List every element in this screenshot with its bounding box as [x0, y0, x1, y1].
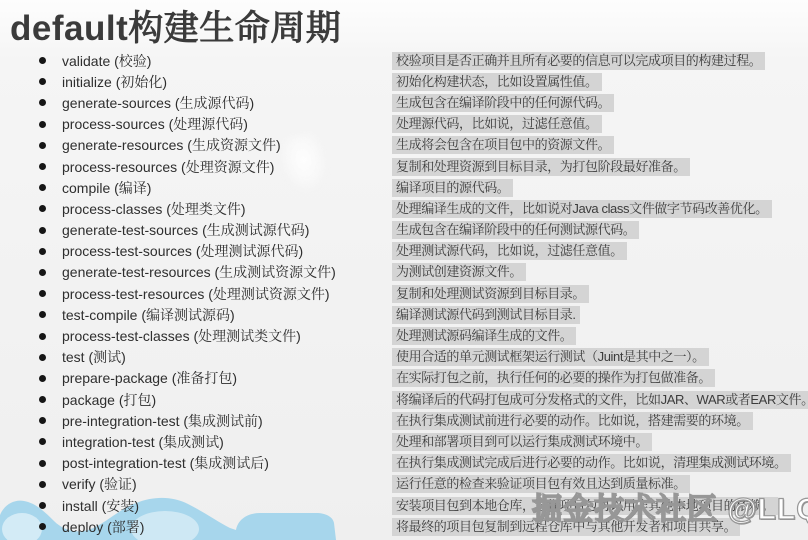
bullet-icon [39, 78, 46, 85]
phase-label: compile (编译) [62, 178, 151, 198]
phase-description: 处理编译生成的文件，比如说对Java class文件做字节码改善优化。 [392, 200, 772, 218]
phase-description: 校验项目是否正确并且所有必要的信息可以完成项目的构建过程。 [392, 52, 765, 70]
bullet-icon [39, 502, 46, 509]
page-title: default构建生命周期 [10, 1, 341, 51]
phase-row: generate-sources (生成源代码) 生成包含在编译阶段中的任何源代… [0, 92, 808, 113]
description-cell: 处理测试源代码，比如说，过滤任意值。 [392, 242, 808, 260]
description-cell: 生成将会包含在项目包中的资源文件。 [392, 136, 808, 154]
bullet-icon [39, 375, 46, 382]
phase-label: process-resources (处理资源文件) [62, 157, 274, 177]
phase-cell: process-sources (处理源代码) [0, 114, 392, 134]
phase-cell: pre-integration-test (集成测试前) [0, 411, 392, 431]
phase-description: 在执行集成测试完成后进行必要的动作。比如说，清理集成测试环境。 [392, 454, 791, 472]
phase-row: test-compile (编译测试源码) 编译测试源代码到测试目标目录. [0, 304, 808, 325]
phase-row: process-test-classes (处理测试类文件) 处理测试源码编译生… [0, 325, 808, 346]
phase-cell: generate-test-resources (生成测试资源文件) [0, 262, 392, 282]
description-cell: 处理和部署项目到可以运行集成测试环境中。 [392, 433, 808, 451]
description-cell: 编译测试源代码到测试目标目录. [392, 306, 808, 324]
phase-label: deploy (部署) [62, 517, 144, 537]
phase-description: 处理测试源码编译生成的文件。 [392, 327, 576, 345]
phase-description: 编译测试源代码到测试目标目录. [392, 306, 580, 324]
bullet-icon [39, 290, 46, 297]
phase-label: process-sources (处理源代码) [62, 114, 248, 134]
bullet-icon [39, 121, 46, 128]
phase-row: pre-integration-test (集成测试前) 在执行集成测试前进行必… [0, 410, 808, 431]
phase-label: pre-integration-test (集成测试前) [62, 411, 263, 431]
phase-row: package (打包) 将编译后的代码打包成可分发格式的文件，比如JAR、WA… [0, 389, 808, 410]
phase-cell: deploy (部署) [0, 517, 392, 537]
phase-description: 在执行集成测试前进行必要的动作。比如说，搭建需要的环境。 [392, 412, 753, 430]
description-cell: 处理源代码，比如说，过滤任意值。 [392, 115, 808, 133]
bullet-icon [39, 354, 46, 361]
phase-cell: integration-test (集成测试) [0, 432, 392, 452]
description-cell: 初始化构建状态，比如设置属性值。 [392, 73, 808, 91]
phase-description: 复制和处理资源到目标目录，为打包阶段最好准备。 [392, 158, 690, 176]
phase-cell: generate-sources (生成源代码) [0, 93, 392, 113]
phase-row: initialize (初始化) 初始化构建状态，比如设置属性值。 [0, 71, 808, 92]
phase-label: install (安装) [62, 496, 139, 516]
bullet-icon [39, 396, 46, 403]
bullet-icon [39, 481, 46, 488]
phase-cell: initialize (初始化) [0, 72, 392, 92]
phase-description: 为测试创建资源文件。 [392, 263, 526, 281]
bullet-icon [39, 163, 46, 170]
phase-cell: compile (编译) [0, 178, 392, 198]
phase-cell: verify (验证) [0, 474, 392, 494]
phase-description: 在实际打包之前，执行任何的必要的操作为打包做准备。 [392, 369, 715, 387]
phase-row: test (测试) 使用合适的单元测试框架运行测试（Juint是其中之一）。 [0, 347, 808, 368]
phase-description: 生成包含在编译阶段中的任何测试源代码。 [392, 221, 639, 239]
bullet-icon [39, 333, 46, 340]
phase-label: post-integration-test (集成测试后) [62, 453, 269, 473]
phase-label: verify (验证) [62, 474, 137, 494]
phase-cell: install (安装) [0, 496, 392, 516]
phase-cell: prepare-package (准备打包) [0, 368, 392, 388]
phase-cell: test-compile (编译测试源码) [0, 305, 392, 325]
phase-cell: post-integration-test (集成测试后) [0, 453, 392, 473]
description-cell: 处理测试源码编译生成的文件。 [392, 327, 808, 345]
phase-description: 编译项目的源代码。 [392, 179, 513, 197]
phase-label: process-test-resources (处理测试资源文件) [62, 284, 330, 304]
phase-label: integration-test (集成测试) [62, 432, 224, 452]
phase-cell: process-test-classes (处理测试类文件) [0, 326, 392, 346]
phase-cell: process-classes (处理类文件) [0, 199, 392, 219]
phase-description: 生成将会包含在项目包中的资源文件。 [392, 136, 614, 154]
description-cell: 将编译后的代码打包成可分发格式的文件，比如JAR、WAR或者EAR文件。 [392, 391, 808, 409]
watermark: 掘金技术社区 @LLQ [532, 484, 808, 528]
bullet-icon [39, 460, 46, 467]
phase-description: 初始化构建状态，比如设置属性值。 [392, 73, 602, 91]
bullet-icon [39, 227, 46, 234]
bullet-icon [39, 205, 46, 212]
phase-row: generate-test-resources (生成测试资源文件) 为测试创建… [0, 262, 808, 283]
phase-label: prepare-package (准备打包) [62, 368, 237, 388]
bullet-icon [39, 99, 46, 106]
lifecycle-list: validate (校验) 校验项目是否正确并且所有必要的信息可以完成项目的构建… [0, 50, 808, 537]
phase-label: validate (校验) [62, 51, 151, 71]
phase-row: generate-test-sources (生成测试源代码) 生成包含在编译阶… [0, 220, 808, 241]
bullet-icon [39, 57, 46, 64]
description-cell: 在实际打包之前，执行任何的必要的操作为打包做准备。 [392, 369, 808, 387]
description-cell: 在执行集成测试完成后进行必要的动作。比如说，清理集成测试环境。 [392, 454, 808, 472]
bullet-icon [39, 142, 46, 149]
phase-label: process-classes (处理类文件) [62, 199, 246, 219]
phase-cell: process-test-resources (处理测试资源文件) [0, 284, 392, 304]
phase-description: 处理和部署项目到可以运行集成测试环境中。 [392, 433, 652, 451]
phase-description: 将编译后的代码打包成可分发格式的文件，比如JAR、WAR或者EAR文件。 [392, 391, 808, 409]
description-cell: 复制和处理资源到目标目录，为打包阶段最好准备。 [392, 158, 808, 176]
phase-row: compile (编译) 编译项目的源代码。 [0, 177, 808, 198]
description-cell: 生成包含在编译阶段中的任何源代码。 [392, 94, 808, 112]
phase-description: 生成包含在编译阶段中的任何源代码。 [392, 94, 614, 112]
phase-row: generate-resources (生成资源文件) 生成将会包含在项目包中的… [0, 135, 808, 156]
phase-label: generate-test-resources (生成测试资源文件) [62, 262, 336, 282]
phase-label: generate-test-sources (生成测试源代码) [62, 220, 309, 240]
description-cell: 使用合适的单元测试框架运行测试（Juint是其中之一）。 [392, 348, 808, 366]
description-cell: 复制和处理测试资源到目标目录。 [392, 285, 808, 303]
description-cell: 在执行集成测试前进行必要的动作。比如说，搭建需要的环境。 [392, 412, 808, 430]
phase-cell: package (打包) [0, 390, 392, 410]
phase-row: process-sources (处理源代码) 处理源代码，比如说，过滤任意值。 [0, 114, 808, 135]
phase-label: initialize (初始化) [62, 72, 167, 92]
description-cell: 处理编译生成的文件，比如说对Java class文件做字节码改善优化。 [392, 200, 808, 218]
phase-cell: generate-resources (生成资源文件) [0, 135, 392, 155]
description-cell: 校验项目是否正确并且所有必要的信息可以完成项目的构建过程。 [392, 52, 808, 70]
bullet-icon [39, 269, 46, 276]
phase-row: post-integration-test (集成测试后) 在执行集成测试完成后… [0, 453, 808, 474]
description-cell: 为测试创建资源文件。 [392, 263, 808, 281]
phase-row: integration-test (集成测试) 处理和部署项目到可以运行集成测试… [0, 431, 808, 452]
phase-description: 使用合适的单元测试框架运行测试（Juint是其中之一）。 [392, 348, 709, 366]
bullet-icon [39, 248, 46, 255]
phase-cell: process-test-sources (处理测试源代码) [0, 241, 392, 261]
bullet-icon [39, 438, 46, 445]
bullet-icon [39, 417, 46, 424]
phase-cell: generate-test-sources (生成测试源代码) [0, 220, 392, 240]
phase-row: validate (校验) 校验项目是否正确并且所有必要的信息可以完成项目的构建… [0, 50, 808, 71]
phase-label: process-test-classes (处理测试类文件) [62, 326, 301, 346]
phase-label: package (打包) [62, 390, 156, 410]
phase-cell: process-resources (处理资源文件) [0, 157, 392, 177]
phase-label: generate-sources (生成源代码) [62, 93, 254, 113]
phase-row: process-test-resources (处理测试资源文件) 复制和处理测… [0, 283, 808, 304]
phase-description: 复制和处理测试资源到目标目录。 [392, 285, 589, 303]
phase-label: process-test-sources (处理测试源代码) [62, 241, 303, 261]
phase-row: prepare-package (准备打包) 在实际打包之前，执行任何的必要的操… [0, 368, 808, 389]
phase-label: generate-resources (生成资源文件) [62, 135, 281, 155]
bullet-icon [39, 184, 46, 191]
phase-label: test-compile (编译测试源码) [62, 305, 235, 325]
phase-row: process-classes (处理类文件) 处理编译生成的文件，比如说对Ja… [0, 198, 808, 219]
phase-label: test (测试) [62, 347, 126, 367]
phase-cell: validate (校验) [0, 51, 392, 71]
bullet-icon [39, 523, 46, 530]
bullet-icon [39, 311, 46, 318]
description-cell: 编译项目的源代码。 [392, 179, 808, 197]
phase-row: process-test-sources (处理测试源代码) 处理测试源代码，比… [0, 241, 808, 262]
phase-cell: test (测试) [0, 347, 392, 367]
phase-row: process-resources (处理资源文件) 复制和处理资源到目标目录，… [0, 156, 808, 177]
phase-description: 处理测试源代码，比如说，过滤任意值。 [392, 242, 627, 260]
phase-description: 处理源代码，比如说，过滤任意值。 [392, 115, 602, 133]
description-cell: 生成包含在编译阶段中的任何测试源代码。 [392, 221, 808, 239]
